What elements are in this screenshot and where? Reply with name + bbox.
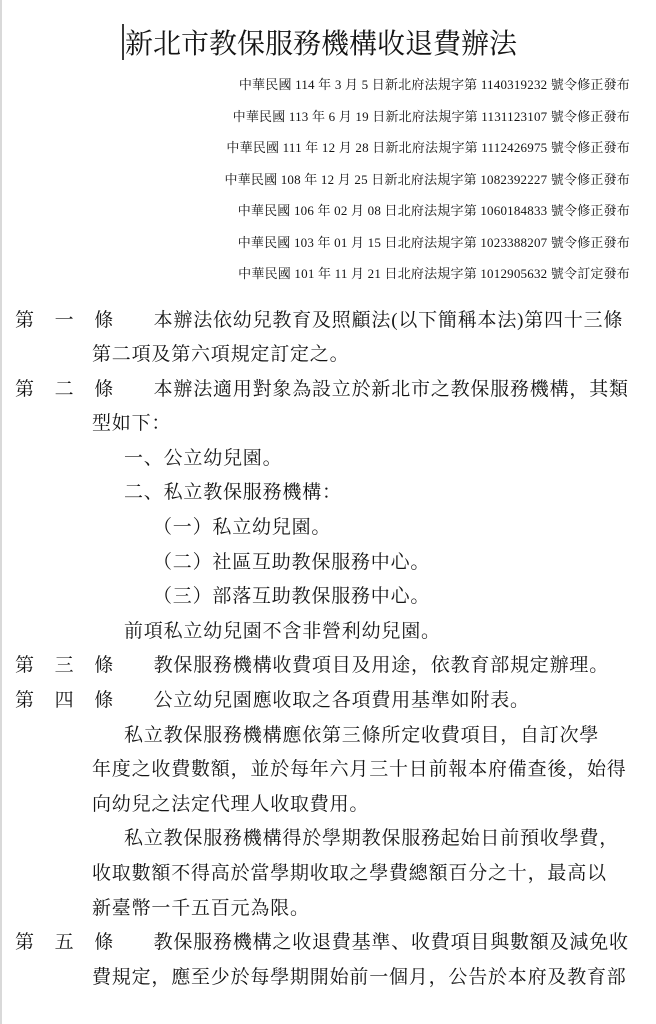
document-body: 第 一 條 本辦法依幼兒教育及照顧法(以下簡稱本法)第四十三條 第二項及第六項規…: [2, 304, 656, 996]
body-line: 收取數額不得高於當學期收取之學費總額百分之十，最高以: [2, 857, 656, 892]
amendment-line: 中華民國 103 年 01 月 15 日北府法規字第 1023388207 號令…: [2, 227, 656, 259]
amendment-line: 中華民國 101 年 11 月 21 日北府法規字第 1012905632 號令…: [2, 258, 656, 290]
amendment-line: 中華民國 113 年 6 月 19 日新北府法規字第 1131123107 號令…: [2, 101, 656, 133]
article-line: 第 一 條 本辦法依幼兒教育及照顧法(以下簡稱本法)第四十三條: [2, 304, 656, 339]
text-cursor: [122, 24, 124, 60]
body-line: 私立教保服務機構應依第三條所定收費項目，自訂次學: [2, 719, 656, 754]
body-line: 型如下：: [2, 407, 656, 442]
amendment-line: 中華民國 114 年 3 月 5 日新北府法規字第 1140319232 號令修…: [2, 69, 656, 101]
amendment-line: 中華民國 108 年 12 月 25 日新北府法規字第 1082392227 號…: [2, 164, 656, 196]
body-line: 私立教保服務機構得於學期教保服務起始日前預收學費，: [2, 822, 656, 857]
document-page: 新北市教保服務機構收退費辦法 中華民國 114 年 3 月 5 日新北府法規字第…: [0, 0, 656, 1024]
page-title-row: 新北市教保服務機構收退費辦法: [2, 0, 656, 63]
body-line: 新臺幣一千五百元為限。: [2, 892, 656, 927]
article-line: 第 五 條 教保服務機構之收退費基準、收費項目與數額及減免收: [2, 926, 656, 961]
article-line: 第 二 條 本辦法適用對象為設立於新北市之教保服務機構，其類: [2, 373, 656, 408]
amendment-line: 中華民國 111 年 12 月 28 日新北府法規字第 1112426975 號…: [2, 132, 656, 164]
list-item: 二、私立教保服務機構：: [2, 476, 656, 511]
amendment-history: 中華民國 114 年 3 月 5 日新北府法規字第 1140319232 號令修…: [2, 69, 656, 290]
body-line: 前項私立幼兒園不含非營利幼兒園。: [2, 615, 656, 650]
body-line: 年度之收費數額，並於每年六月三十日前報本府備查後，始得: [2, 753, 656, 788]
list-subitem: （二）社區互助教保服務中心。: [2, 546, 656, 581]
body-line: 第二項及第六項規定訂定之。: [2, 338, 656, 373]
article-line: 第 四 條 公立幼兒園應收取之各項費用基準如附表。: [2, 684, 656, 719]
list-subitem: （三）部落互助教保服務中心。: [2, 580, 656, 615]
page-title: 新北市教保服務機構收退費辦法: [125, 29, 517, 60]
list-subitem: （一）私立幼兒園。: [2, 511, 656, 546]
article-line: 第 三 條 教保服務機構收費項目及用途，依教育部規定辦理。: [2, 649, 656, 684]
list-item: 一、公立幼兒園。: [2, 442, 656, 477]
amendment-line: 中華民國 106 年 02 月 08 日北府法規字第 1060184833 號令…: [2, 195, 656, 227]
body-line: 費規定，應至少於每學期開始前一個月，公告於本府及教育部: [2, 961, 656, 996]
body-line: 向幼兒之法定代理人收取費用。: [2, 788, 656, 823]
